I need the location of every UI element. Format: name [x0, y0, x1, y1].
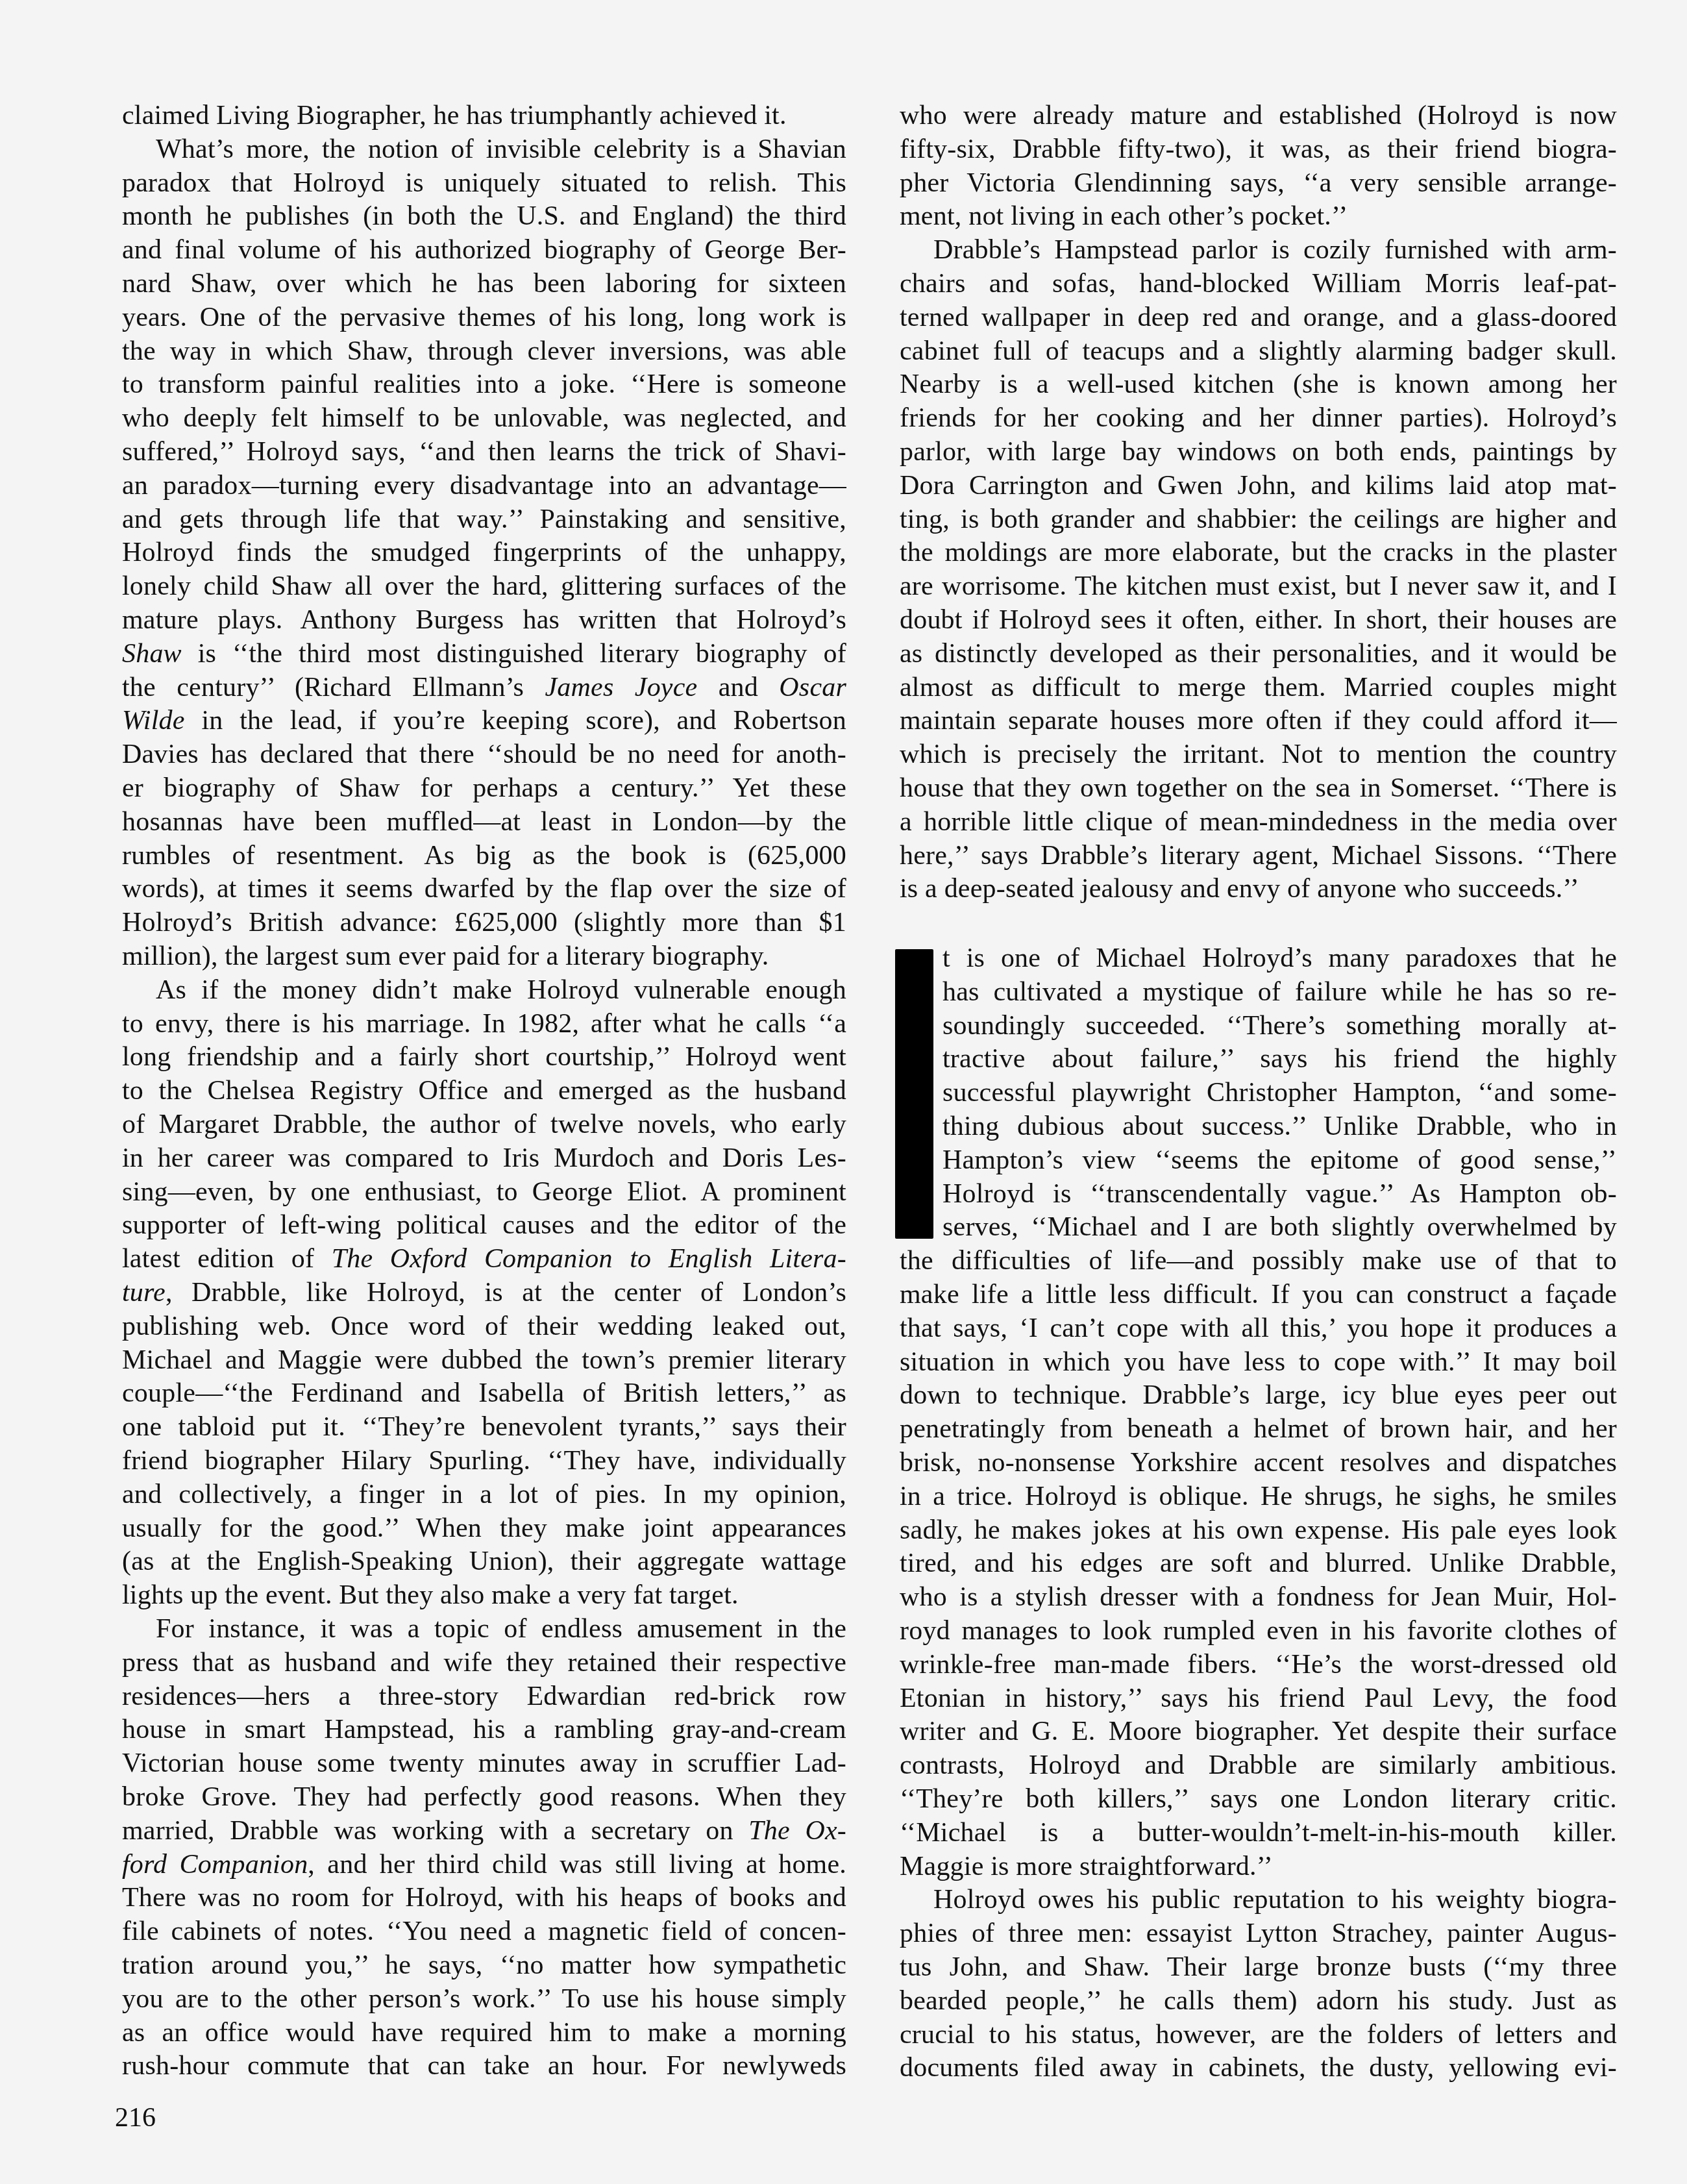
text-line: the century’’ (Richard Ellmann’s James J…: [122, 671, 846, 704]
text-line: (as at the English-Speaking Union), thei…: [122, 1545, 846, 1578]
text-line: claimed Living Biographer, he has triump…: [122, 99, 846, 132]
text-line: the moldings are more elaborate, but the…: [900, 536, 1617, 569]
text-line: publishing web. Once word of their weddi…: [122, 1309, 846, 1343]
text-line: long friendship and a fairly short court…: [122, 1040, 846, 1074]
text-line: documents filed away in cabinets, the du…: [900, 2051, 1617, 2085]
text-line: rumbles of resentment. As big as the boo…: [122, 839, 846, 873]
text-line: suffered,’’ Holroyd says, ‘‘and then lea…: [122, 435, 846, 469]
text-line: as distinctly developed as their persona…: [900, 637, 1617, 671]
text-line: Etonian in history,’’ says his friend Pa…: [900, 1681, 1617, 1715]
text-line: thing dubious about success.’’ Unlike Dr…: [900, 1110, 1617, 1143]
text-line: the way in which Shaw, through clever in…: [122, 334, 846, 368]
text-line: terned wallpaper in deep red and orange,…: [900, 301, 1617, 334]
text-line: bearded people,’’ he calls them) adorn h…: [900, 1984, 1617, 2018]
text-line: month he publishes (in both the U.S. and…: [122, 199, 846, 233]
text-line: supporter of left-wing political causes …: [122, 1208, 846, 1242]
text-line: ment, not living in each other’s pocket.…: [900, 199, 1617, 233]
text-line: ‘‘They’re both killers,’’ says one Londo…: [900, 1782, 1617, 1816]
text-line: who were already mature and established …: [900, 99, 1617, 132]
text-line: hosannas have been muffled—at least in L…: [122, 805, 846, 839]
text-line: as an office would have required him to …: [122, 2016, 846, 2050]
text-line: ‘‘Michael is a butter-wouldn’t-melt-in-h…: [900, 1816, 1617, 1850]
text-line: latest edition of The Oxford Companion t…: [122, 1242, 846, 1276]
text-line: chairs and sofas, hand-blocked William M…: [900, 267, 1617, 301]
text-line: Nearby is a well-used kitchen (she is kn…: [900, 367, 1617, 401]
text-line: Wilde in the lead, if you’re keeping sco…: [122, 704, 846, 738]
text-line: down to technique. Drabble’s large, icy …: [900, 1378, 1617, 1412]
text-line: Drabble’s Hampstead parlor is cozily fur…: [900, 233, 1617, 267]
text-line: has cultivated a mystique of failure whi…: [900, 975, 1617, 1009]
text-line: cabinet full of teacups and a slightly a…: [900, 334, 1617, 368]
text-line: sadly, he makes jokes at his own expense…: [900, 1513, 1617, 1547]
text-line: Holroyd is ‘‘transcendentally vague.’’ A…: [900, 1177, 1617, 1211]
text-line: residences—hers a three-story Edwardian …: [122, 1680, 846, 1713]
text-line: to the Chelsea Registry Office and emerg…: [122, 1074, 846, 1108]
text-line: years. One of the pervasive themes of hi…: [122, 301, 846, 334]
text-line: Davies has declared that there ‘‘should …: [122, 738, 846, 771]
text-line: make life a little less difficult. If yo…: [900, 1278, 1617, 1311]
text-line: ford Companion, and her third child was …: [122, 1848, 846, 1881]
text-line: soundingly succeeded. ‘‘There’s somethin…: [900, 1009, 1617, 1043]
text-line: royd manages to look rumpled even in his…: [900, 1614, 1617, 1648]
text-line: tractive about failure,’’ says his frien…: [900, 1042, 1617, 1076]
text-line: Victorian house some twenty minutes away…: [122, 1746, 846, 1780]
text-line: t is one of Michael Holroyd’s many parad…: [900, 941, 1617, 975]
text-line: words), at times it seems dwarfed by the…: [122, 872, 846, 906]
text-line: situation in which you have less to cope…: [900, 1345, 1617, 1379]
text-line: serves, ‘‘Michael and I are both slightl…: [900, 1210, 1617, 1244]
text-line: rush-hour commute that can take an hour.…: [122, 2049, 846, 2083]
text-line: As if the money didn’t make Holroyd vuln…: [122, 973, 846, 1007]
text-line: writer and G. E. Moore biographer. Yet d…: [900, 1715, 1617, 1748]
text-line: Michael and Maggie were dubbed the town’…: [122, 1343, 846, 1377]
text-line: penetratingly from beneath a helmet of b…: [900, 1412, 1617, 1446]
text-line: There was no room for Holroyd, with his …: [122, 1881, 846, 1915]
text-line: friend biographer Hilary Spurling. ‘‘The…: [122, 1444, 846, 1478]
text-line: pher Victoria Glendinning says, ‘‘a very…: [900, 166, 1617, 200]
text-line: paradox that Holroyd is uniquely situate…: [122, 166, 846, 200]
text-line: successful playwright Christopher Hampto…: [900, 1076, 1617, 1110]
text-line: lights up the event. But they also make …: [122, 1578, 846, 1612]
text-line: in her career was compared to Iris Murdo…: [122, 1141, 846, 1175]
text-line: tus John, and Shaw. Their large bronze b…: [900, 1950, 1617, 1984]
text-line: who is a stylish dresser with a fondness…: [900, 1580, 1617, 1614]
text-line: to transform painful realities into a jo…: [122, 367, 846, 401]
text-line: wrinkle-free man-made fibers. ‘‘He’s the…: [900, 1648, 1617, 1681]
text-line: and final volume of his authorized biogr…: [122, 233, 846, 267]
text-line: married, Drabble was working with a secr…: [122, 1814, 846, 1848]
text-line: nard Shaw, over which he has been labori…: [122, 267, 846, 301]
text-line: For instance, it was a topic of endless …: [122, 1612, 846, 1646]
text-line: press that as husband and wife they reta…: [122, 1646, 846, 1680]
text-line: maintain separate houses more often if t…: [900, 704, 1617, 738]
text-line: tration around you,’’ he says, ‘‘no matt…: [122, 1948, 846, 1982]
text-line: house in smart Hampstead, his a rambling…: [122, 1713, 846, 1746]
text-line: friends for her cooking and her dinner p…: [900, 401, 1617, 435]
text-line: an paradox—turning every disadvantage in…: [122, 469, 846, 503]
text-line: ture, Drabble, like Holroyd, is at the c…: [122, 1276, 846, 1309]
text-line: million), the largest sum ever paid for …: [122, 939, 846, 973]
text-line: one tabloid put it. ‘‘They’re benevolent…: [122, 1410, 846, 1444]
text-line: tired, and his edges are soft and blurre…: [900, 1546, 1617, 1580]
text-line: the difficulties of life—and possibly ma…: [900, 1244, 1617, 1278]
text-line: Maggie is more straightforward.’’: [900, 1850, 1617, 1883]
text-line: doubt if Holroyd sees it often, either. …: [900, 603, 1617, 637]
text-line: Holroyd’s British advance: £625,000 (sli…: [122, 906, 846, 939]
text-line: Shaw is ‘‘the third most distinguished l…: [122, 637, 846, 671]
text-line: broke Grove. They had perfectly good rea…: [122, 1780, 846, 1814]
text-line: Hampton’s view ‘‘seems the epitome of go…: [900, 1143, 1617, 1177]
text-line: that says, ‘I can’t cope with all this,’…: [900, 1311, 1617, 1345]
text-line: mature plays. Anthony Burgess has writte…: [122, 603, 846, 637]
text-line: ting, is both grander and shabbier: the …: [900, 503, 1617, 536]
text-line: a horrible little clique of mean-mindedn…: [900, 805, 1617, 839]
text-line: who deeply felt himself to be unlovable,…: [122, 401, 846, 435]
text-line: parlor, with large bay windows on both e…: [900, 435, 1617, 469]
text-line: phies of three men: essayist Lytton Stra…: [900, 1917, 1617, 1950]
text-line: which is precisely the irritant. Not to …: [900, 738, 1617, 771]
text-line: and gets through life that way.’’ Painst…: [122, 503, 846, 536]
text-line: er biography of Shaw for perhaps a centu…: [122, 771, 846, 805]
text-line: brisk, no-nonsense Yorkshire accent reso…: [900, 1446, 1617, 1480]
text-line: usually for the good.’’ When they make j…: [122, 1511, 846, 1545]
text-line: of Margaret Drabble, the author of twelv…: [122, 1108, 846, 1141]
text-line: Dora Carrington and Gwen John, and kilim…: [900, 469, 1617, 503]
text-line: in a trice. Holroyd is oblique. He shrug…: [900, 1480, 1617, 1513]
text-line: Holroyd finds the smudged fingerprints o…: [122, 536, 846, 569]
text-line: file cabinets of notes. ‘‘You need a mag…: [122, 1915, 846, 1948]
text-line: you are to the other person’s work.’’ To…: [122, 1982, 846, 2016]
text-line: are worrisome. The kitchen must exist, b…: [900, 569, 1617, 603]
text-line: and collectively, a finger in a lot of p…: [122, 1478, 846, 1511]
page-number: 216: [115, 2101, 156, 2135]
text-line: almost as difficult to merge them. Marri…: [900, 671, 1617, 704]
magazine-page: claimed Living Biographer, he has triump…: [0, 0, 1687, 2184]
text-line: What’s more, the notion of invisible cel…: [122, 132, 846, 166]
text-line: to envy, there is his marriage. In 1982,…: [122, 1007, 846, 1041]
text-line: Holroyd owes his public reputation to hi…: [900, 1883, 1617, 1917]
text-line: here,’’ says Drabble’s literary agent, M…: [900, 839, 1617, 873]
text-line: is a deep-seated jealousy and envy of an…: [900, 872, 1617, 906]
text-line: contrasts, Holroyd and Drabble are simil…: [900, 1748, 1617, 1782]
text-line: house that they own together on the sea …: [900, 771, 1617, 805]
text-line: sing—even, by one enthusiast, to George …: [122, 1175, 846, 1209]
text-line: crucial to his status, however, are the …: [900, 2018, 1617, 2052]
text-line: lonely child Shaw all over the hard, gli…: [122, 569, 846, 603]
text-line: fifty-six, Drabble fifty-two), it was, a…: [900, 132, 1617, 166]
text-line: couple—‘‘the Ferdinand and Isabella of B…: [122, 1376, 846, 1410]
